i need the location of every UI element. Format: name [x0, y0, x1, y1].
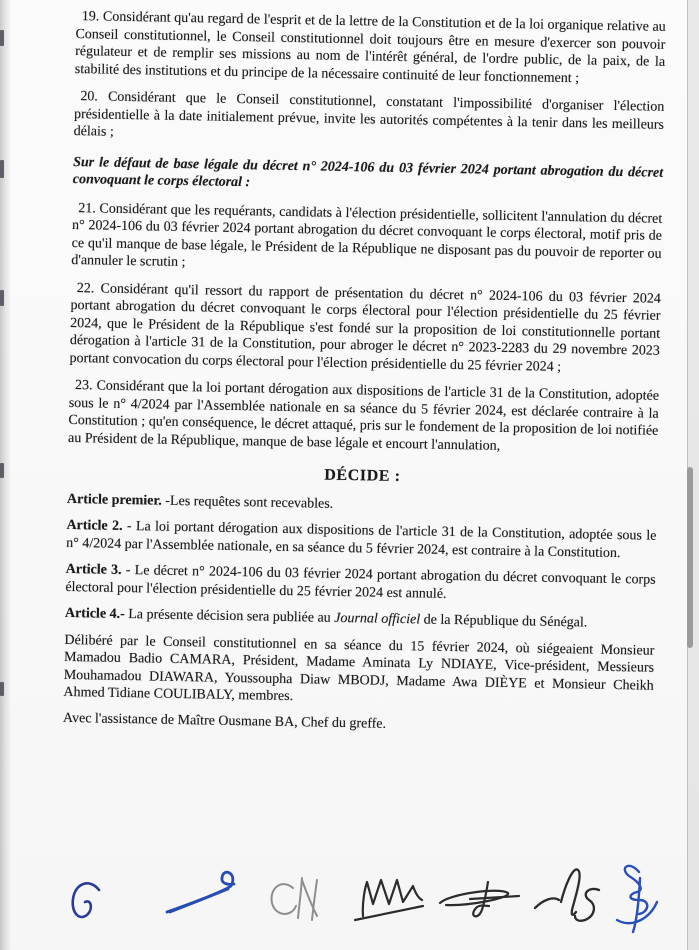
considerant-22: 22. Considérant qu'il ressort du rapport… — [69, 279, 661, 377]
article-4-text-post: de la République du Sénégal. — [420, 612, 587, 630]
article-premier-label: Article premier. — [67, 491, 162, 508]
article-premier-text: -Les requêtes sont recevables. — [162, 493, 334, 511]
scan-mark — [0, 682, 4, 696]
article-3: Article 3. - Le décret n° 2024-106 du 03… — [65, 561, 656, 607]
article-4: Article 4.- La présente décision sera pu… — [65, 605, 655, 633]
article-4-text-pre: La présente décision sera publiée au — [125, 607, 335, 626]
signature-6 — [535, 869, 599, 920]
signature-1 — [73, 883, 99, 917]
deliberation-paragraph: Délibéré par le Conseil constitutionnel … — [63, 631, 654, 712]
article-2-text: - La loi portant dérogation aux disposit… — [66, 519, 656, 561]
considerant-19: 19. Considérant qu'au regard de l'esprit… — [75, 8, 666, 89]
article-4-label: Article 4.- — [65, 606, 125, 622]
article-2-label: Article 2. — [66, 518, 122, 534]
considerant-21: 21. Considérant que les requérants, cand… — [71, 199, 662, 280]
decision-text: 19. Considérant qu'au regard de l'esprit… — [63, 8, 666, 746]
assistance-paragraph: Avec l'assistance de Maître Ousmane BA, … — [63, 709, 653, 737]
signatures-row — [0, 852, 699, 950]
signature-2 — [167, 872, 234, 912]
journal-officiel-italic: Journal officiel — [334, 611, 420, 628]
scan-mark — [0, 30, 4, 46]
article-3-text: - Le décret n° 2024-106 du 03 février 20… — [65, 563, 655, 601]
decide-heading: DÉCIDE : — [67, 462, 657, 490]
scrollbar-thumb[interactable] — [687, 467, 693, 648]
considerant-23: 23. Considérant que la loi portant dérog… — [68, 377, 659, 458]
scan-mark — [0, 463, 4, 478]
scan-mark — [0, 290, 4, 306]
article-2: Article 2. - La loi portant dérogation a… — [66, 517, 657, 563]
scan-mark — [0, 160, 4, 178]
considerant-20: 20. Considérant que le Conseil constitut… — [74, 88, 665, 151]
section-heading: Sur le défaut de base légale du décret n… — [73, 153, 664, 199]
signature-3 — [272, 878, 317, 920]
article-premier: Article premier. -Les requêtes sont rece… — [67, 490, 657, 518]
signature-7 — [617, 866, 657, 932]
signature-4 — [355, 880, 423, 920]
signature-5 — [440, 882, 519, 916]
article-3-label: Article 3. — [66, 562, 122, 578]
